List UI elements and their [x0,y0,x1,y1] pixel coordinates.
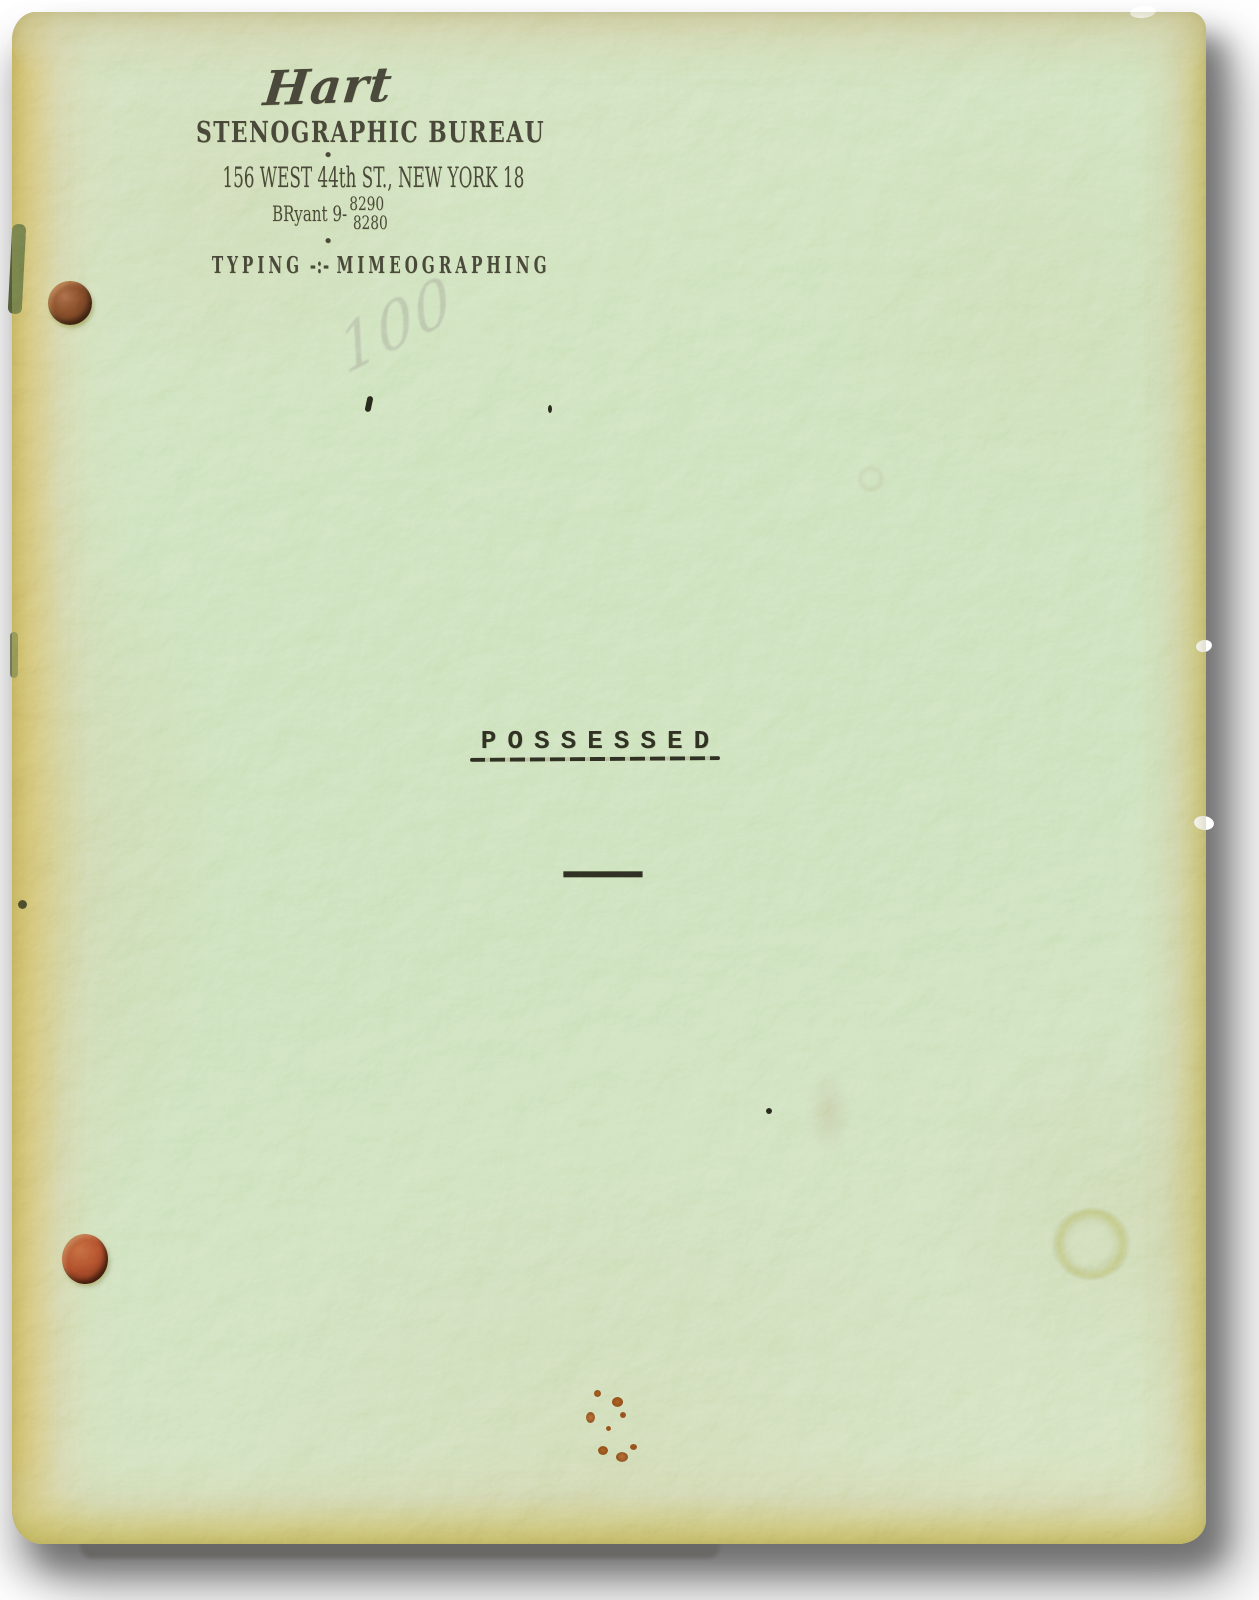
smudge-stain [808,1070,850,1154]
edge-nick [1129,5,1156,20]
rust-speck [620,1412,626,1418]
title-block: POSSESSED [449,726,741,761]
phone-line: BRyant 9- 8290 8280 [201,195,454,233]
service-mimeographing: MIMEOGRAPHING [336,252,550,279]
title-text: POSSESSED [470,726,720,756]
ink-speck [548,405,552,413]
rust-speck [612,1397,623,1407]
services-divider: -:- [310,252,330,279]
paper-texture [12,12,1206,1544]
edge-nick [1193,815,1215,832]
bureau-name: STENOGRAPHIC BUREAU [196,118,460,147]
edge-vignette [12,12,1206,1544]
ring-stain [1052,1208,1130,1280]
rust-speck [586,1412,595,1423]
ink-speck [766,1108,772,1114]
ink-speck [364,396,373,413]
bureau-address: 156 WEST 44th ST., NEW YORK 18 [222,165,433,191]
worn-edge-left [12,12,124,1544]
stenographer-stamp: Hart STENOGRAPHIC BUREAU • 156 WEST 44th… [152,62,504,277]
brass-brad-top [48,281,92,325]
service-typing: TYPING [212,252,303,279]
screenplay-cover: Hart STENOGRAPHIC BUREAU • 156 WEST 44th… [12,12,1206,1544]
services-line: TYPING-:-MIMEOGRAPHING [212,255,444,277]
photo-backdrop: Hart STENOGRAPHIC BUREAU • 156 WEST 44th… [0,0,1259,1600]
worn-edge-top [12,12,1206,74]
brass-brad-bottom [62,1234,108,1284]
handwritten-price: 100 [334,266,459,385]
phone-number-top: 8290 [349,195,384,214]
spine-tear [8,224,27,315]
faint-circle-stain [858,466,884,492]
age-mottling [12,12,1206,1544]
rust-speck [598,1446,608,1455]
phone-exchange: BRyant 9- [272,204,347,225]
stamp-bullet-top: • [152,149,504,163]
rust-speck [606,1426,611,1431]
typed-dash: — [509,842,698,906]
rust-speck [616,1452,628,1462]
stamp-bullet-bottom: • [152,235,504,249]
phone-numbers: 8290 8280 [349,195,384,233]
rust-speck [594,1390,601,1397]
title-underline [470,756,720,762]
worn-edge-right [1134,12,1206,1544]
edge-nick [1195,638,1213,653]
worn-edge-bottom [12,1452,1206,1544]
phone-number-bottom: 8280 [353,214,388,233]
rust-speck [630,1444,637,1450]
binding-hole [18,900,27,909]
hart-logo: Hart [261,60,395,114]
spine-tear [10,632,18,678]
